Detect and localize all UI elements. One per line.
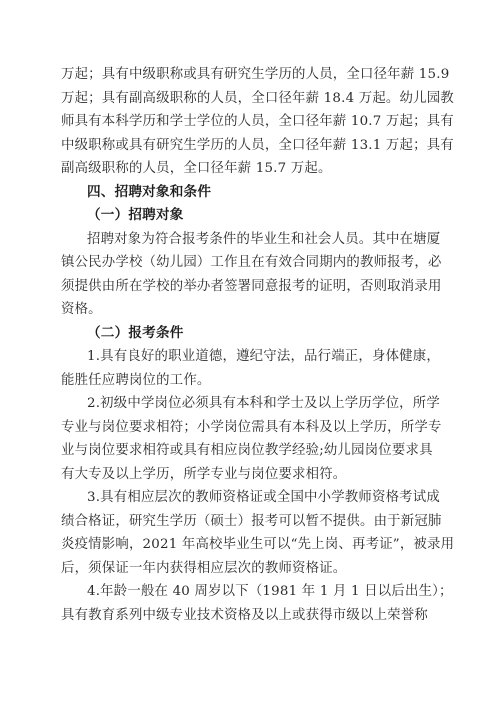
requirement-item-4: 4.年龄一般在 40 周岁以下（1981 年 1 月 1 日以后出生）； 具有教… — [61, 580, 423, 627]
document-page: 万起；具有中级职称或具有研究生学历的人员，全口径年薪 15.9 万起；具有副高级… — [61, 63, 423, 627]
text-line: 副高级职称的人员，全口径年薪 15.7 万起。 — [61, 157, 423, 181]
text-line: 万起；具有副高级职称的人员，全口径年薪 18.4 万起。幼儿园教 — [61, 87, 423, 111]
text-line: 3.具有相应层次的教师资格证或全国中小学教师资格考试成 — [61, 486, 423, 510]
text-line: 具有教育系列中级专业技术资格及以上或获得市级以上荣誉称 — [61, 604, 423, 628]
text-line: 有大专及以上学历，所学专业与岗位要求相符。 — [61, 463, 423, 487]
subsection-heading-requirements: （二）报考条件 — [61, 322, 423, 346]
section-heading: 四、招聘对象和条件 — [61, 181, 423, 205]
text-line: 招聘对象为符合报考条件的毕业生和社会人员。其中在塘厦 — [61, 228, 423, 252]
text-line: 须提供由所在学校的举办者签署同意报考的证明，否则取消录用 — [61, 275, 423, 299]
text-line: 资格。 — [61, 298, 423, 322]
requirement-item-2: 2.初级中学岗位必须具有本科和学士及以上学历学位，所学 专业与岗位要求相符；小学… — [61, 392, 423, 486]
requirement-item-1: 1.具有良好的职业道德，遵纪守法，品行端正，身体健康， 能胜任应聘岗位的工作。 — [61, 345, 423, 392]
text-line: 能胜任应聘岗位的工作。 — [61, 369, 423, 393]
text-line: 绩合格证，研究生学历（硕士）报考可以暂不提供。由于新冠肺 — [61, 510, 423, 534]
text-line: 2.初级中学岗位必须具有本科和学士及以上学历学位，所学 — [61, 392, 423, 416]
text-line: 后，须保证一年内获得相应层次的教师资格证。 — [61, 557, 423, 581]
text-line: 1.具有良好的职业道德，遵纪守法，品行端正，身体健康， — [61, 345, 423, 369]
text-line: 万起；具有中级职称或具有研究生学历的人员，全口径年薪 15.9 — [61, 63, 423, 87]
text-line: 镇公民办学校（幼儿园）工作且在有效合同期内的教师报考，必 — [61, 251, 423, 275]
text-line: 4.年龄一般在 40 周岁以下（1981 年 1 月 1 日以后出生）； — [61, 580, 423, 604]
text-line: 业与岗位要求相符或具有相应岗位教学经验;幼儿园岗位要求具 — [61, 439, 423, 463]
text-line: 炎疫情影响，2021 年高校毕业生可以“先上岗、再考证”，被录用 — [61, 533, 423, 557]
text-line: 师具有本科学历和学士学位的人员，全口径年薪 10.7 万起；具有 — [61, 110, 423, 134]
requirement-item-3: 3.具有相应层次的教师资格证或全国中小学教师资格考试成 绩合格证，研究生学历（硕… — [61, 486, 423, 580]
text-line: 中级职称或具有研究生学历的人员，全口径年薪 13.1 万起；具有 — [61, 134, 423, 158]
text-line: 专业与岗位要求相符；小学岗位需具有本科及以上学历，所学专 — [61, 416, 423, 440]
subsection-heading-recruitment-target: （一）招聘对象 — [61, 204, 423, 228]
recruitment-target-paragraph: 招聘对象为符合报考条件的毕业生和社会人员。其中在塘厦 镇公民办学校（幼儿园）工作… — [61, 228, 423, 322]
salary-paragraph: 万起；具有中级职称或具有研究生学历的人员，全口径年薪 15.9 万起；具有副高级… — [61, 63, 423, 181]
